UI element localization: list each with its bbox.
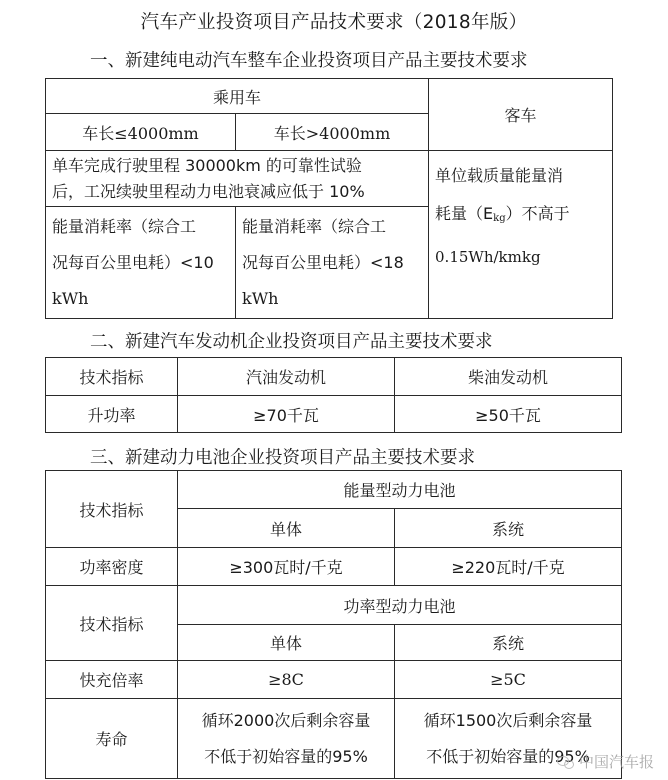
diesel-specific-power: ≥50千瓦 <box>395 396 622 433</box>
energy-battery-header: 能量型动力电池 <box>178 471 622 509</box>
gasoline-specific-power: ≥70千瓦 <box>178 396 395 433</box>
power-density-system: ≥220瓦时/千克 <box>395 548 622 586</box>
fast-charge-system: ≥5C <box>395 661 622 699</box>
bus-line-2a: 耗量（E <box>435 204 493 223</box>
energy-consumption-long: 能量消耗率（综合工 况每百公里电耗）<18 kWh <box>236 207 429 319</box>
energy-short-line-1: 能量消耗率（综合工 <box>52 209 235 245</box>
engine-requirements-table: 技术指标 汽油发动机 柴油发动机 升功率 ≥70千瓦 ≥50千瓦 <box>45 357 622 433</box>
passenger-car-header: 乘用车 <box>46 79 429 114</box>
energy-consumption-short: 能量消耗率（综合工 况每百公里电耗）<10 kWh <box>46 207 236 319</box>
life-system-line-1: 循环1500次后剩余容量 <box>395 703 621 739</box>
life-cell: 循环2000次后剩余容量 不低于初始容量的95% <box>178 699 395 779</box>
section-3-heading: 三、新建动力电池企业投资项目产品主要技术要求 <box>90 444 475 469</box>
power-system-header: 系统 <box>395 625 622 661</box>
energy-long-line-1: 能量消耗率（综合工 <box>242 209 428 245</box>
energy-short-line-3: kWh <box>52 281 235 317</box>
battery-requirements-table: 技术指标 能量型动力电池 单体 系统 功率密度 ≥300瓦时/千克 ≥220瓦时… <box>45 470 622 779</box>
bus-line-2: 耗量（Ekg）不高于 <box>435 195 612 238</box>
length-short-header: 车长≤4000mm <box>46 114 236 151</box>
life-cell-line-2: 不低于初始容量的95% <box>178 739 394 775</box>
bus-line-3: 0.15Wh/kmkg <box>435 238 612 276</box>
energy-metric-label: 技术指标 <box>46 471 178 548</box>
reliability-requirement: 单车完成行驶里程 30000km 的可靠性试验 后，工况续驶里程动力电池衰减应低… <box>46 151 429 207</box>
energy-long-line-2: 况每百公里电耗）<18 <box>242 245 428 281</box>
energy-cell-header: 单体 <box>178 509 395 548</box>
bus-energy-requirement: 单位载质量能量消 耗量（Ekg）不高于 0.15Wh/kmkg <box>429 151 613 319</box>
energy-system-header: 系统 <box>395 509 622 548</box>
section-2-heading: 二、新建汽车发动机企业投资项目产品主要技术要求 <box>90 328 493 353</box>
power-battery-header: 功率型动力电池 <box>178 586 622 625</box>
life-label: 寿命 <box>46 699 178 779</box>
document-title: 汽车产业投资项目产品技术要求（2018年版） <box>0 8 668 34</box>
life-cell-line-1: 循环2000次后剩余容量 <box>178 703 394 739</box>
watermark-text: 中国汽车报 <box>579 751 654 772</box>
specific-power-label: 升功率 <box>46 396 178 433</box>
section-1-heading: 一、新建纯电动汽车整车企业投资项目产品主要技术要求 <box>90 47 528 72</box>
wechat-icon <box>557 755 575 769</box>
bus-line-2-subscript: kg <box>493 213 505 224</box>
reliability-line-2: 后，工况续驶里程动力电池衰减应低于 10% <box>52 179 428 205</box>
power-density-cell: ≥300瓦时/千克 <box>178 548 395 586</box>
engine-header-diesel: 柴油发动机 <box>395 358 622 396</box>
fast-charge-cell: ≥8C <box>178 661 395 699</box>
watermark: 中国汽车报 <box>557 751 654 772</box>
power-density-label: 功率密度 <box>46 548 178 586</box>
ev-requirements-table: 乘用车 客车 车长≤4000mm 车长>4000mm 单车完成行驶里程 3000… <box>45 78 613 319</box>
bus-header: 客车 <box>429 79 613 151</box>
engine-header-metric: 技术指标 <box>46 358 178 396</box>
fast-charge-label: 快充倍率 <box>46 661 178 699</box>
reliability-line-1: 单车完成行驶里程 30000km 的可靠性试验 <box>52 153 428 179</box>
engine-header-gasoline: 汽油发动机 <box>178 358 395 396</box>
power-metric-label: 技术指标 <box>46 586 178 661</box>
energy-long-line-3: kWh <box>242 281 428 317</box>
bus-line-1: 单位载质量能量消 <box>435 157 612 195</box>
energy-short-line-2: 况每百公里电耗）<10 <box>52 245 235 281</box>
bus-line-2b: ）不高于 <box>506 204 570 223</box>
power-cell-header: 单体 <box>178 625 395 661</box>
length-long-header: 车长>4000mm <box>236 114 429 151</box>
